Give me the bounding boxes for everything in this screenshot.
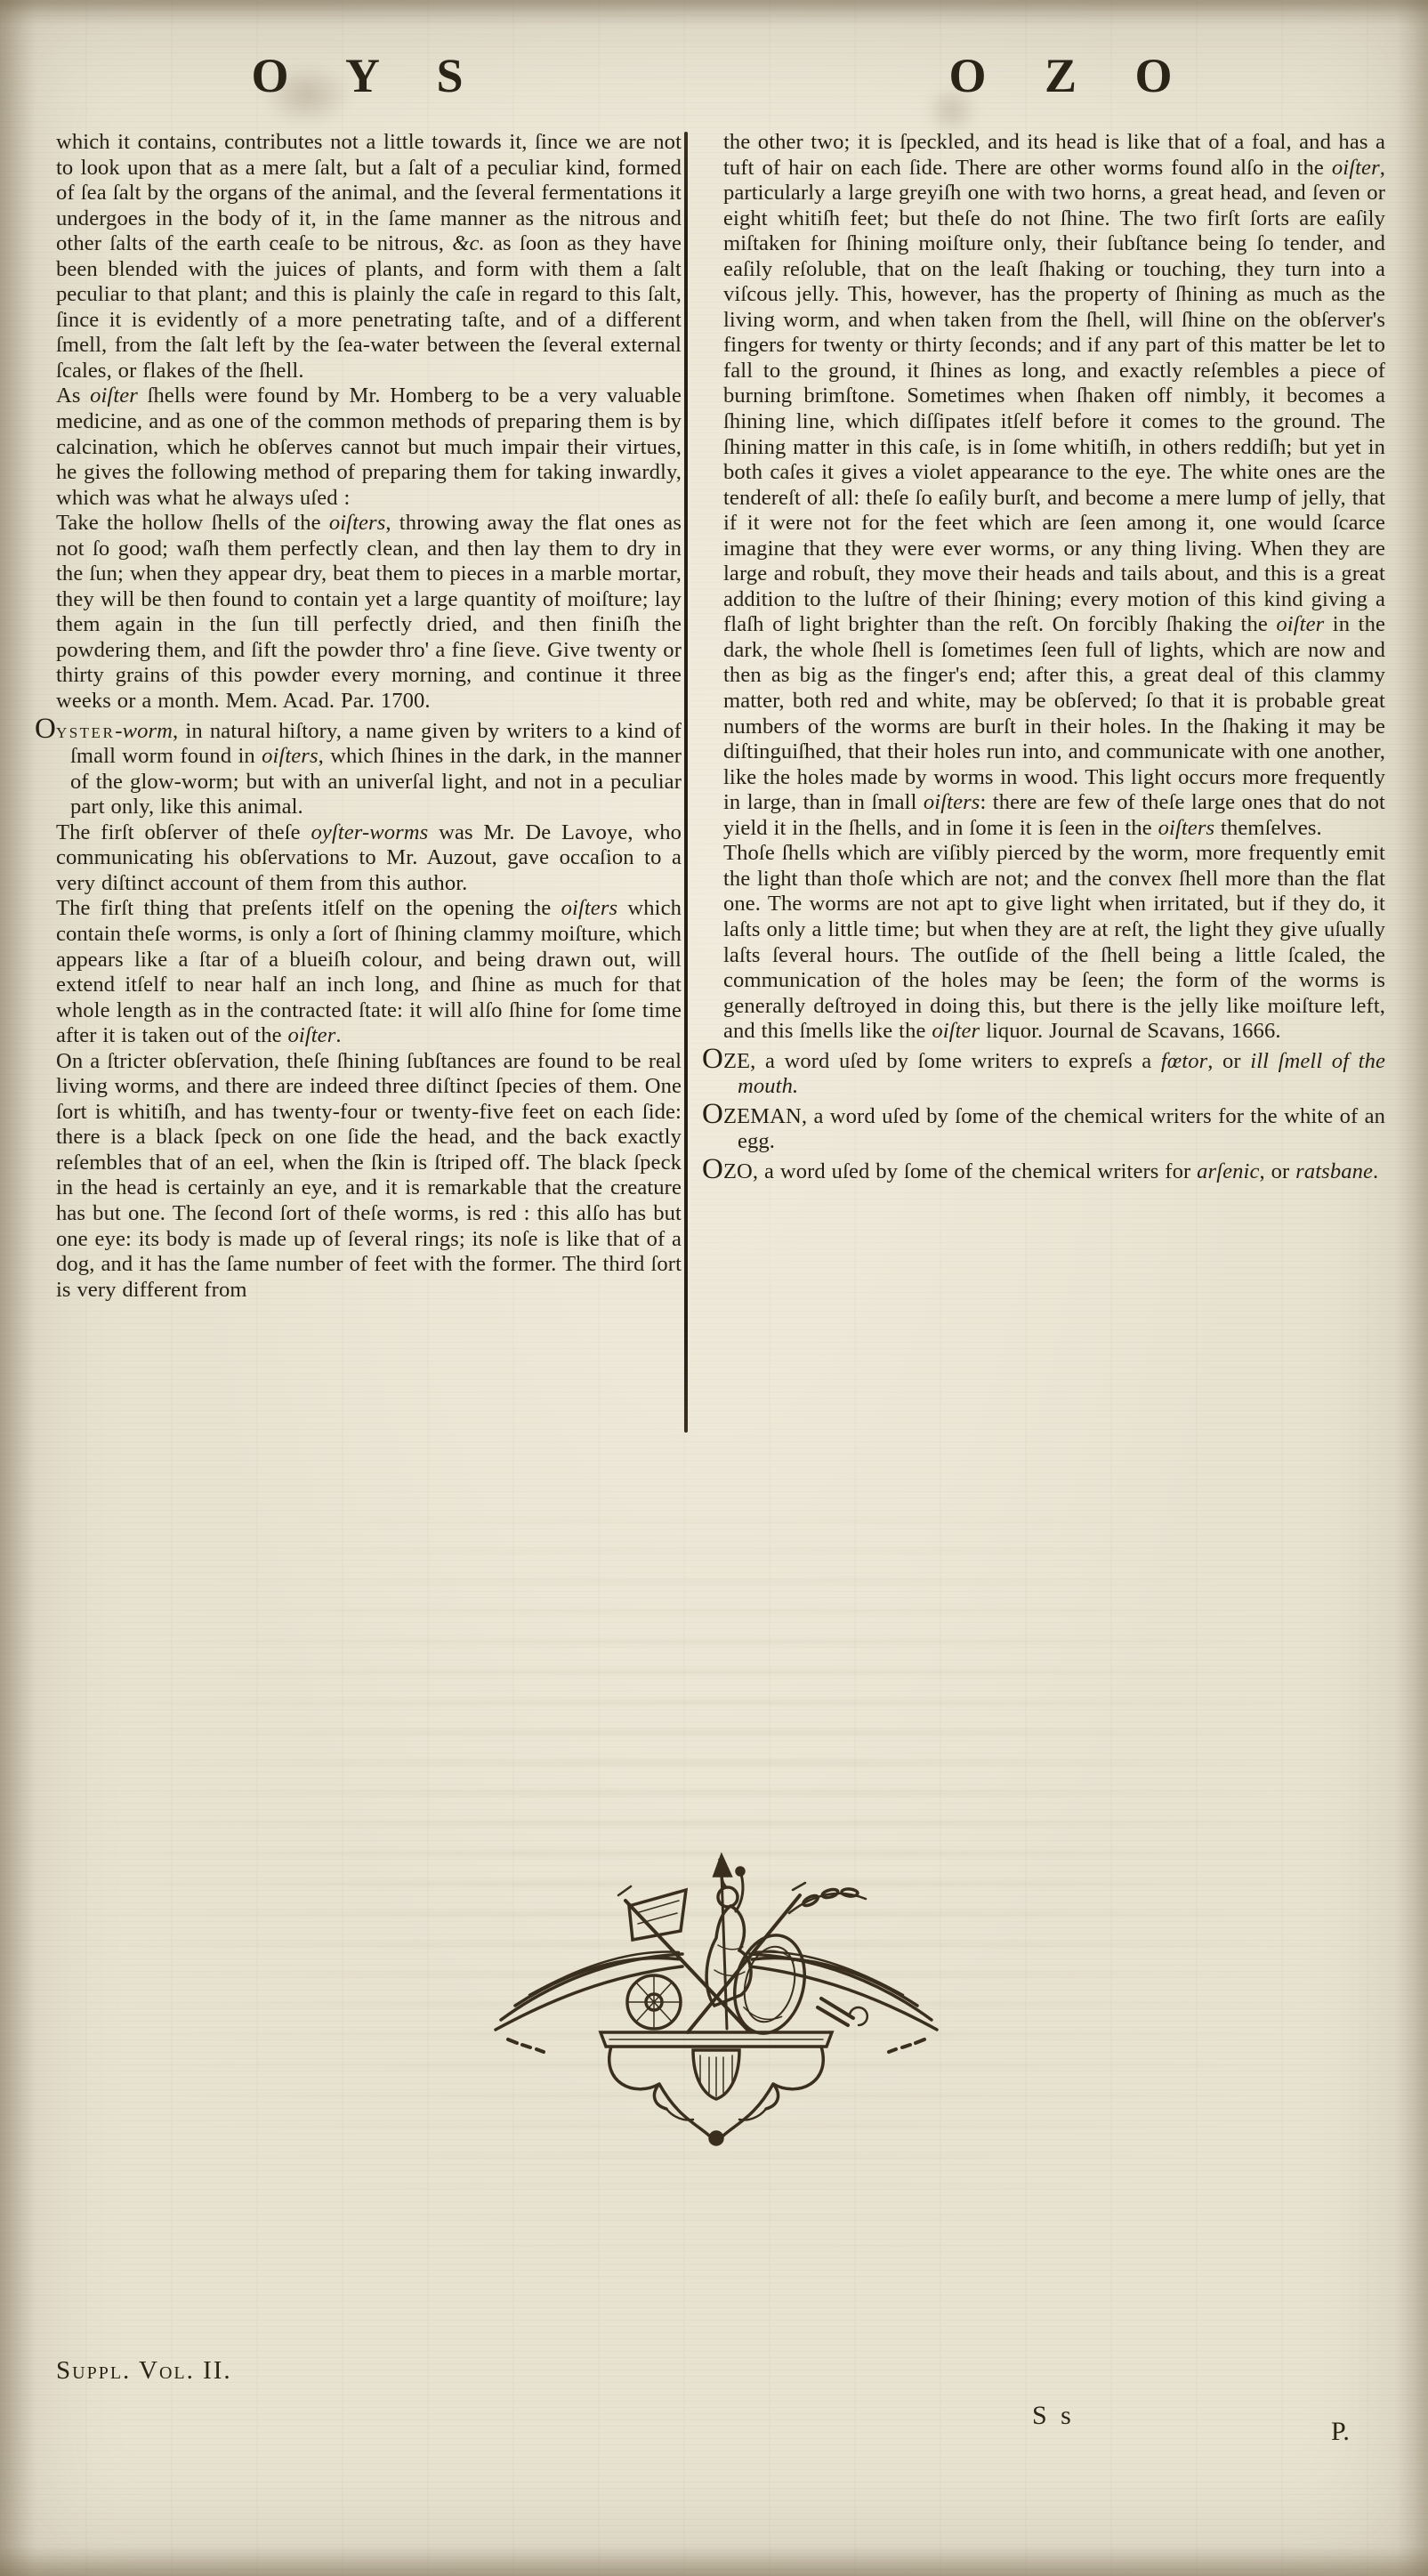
entry-paragraph: OZE, a word uſed by ſome writers to expr…: [723, 1045, 1385, 1100]
paragraph: On a ſtricter obſervation, theſe ſhining…: [56, 1049, 682, 1303]
paragraph: As oiſter ſhells were found by Mr. Hombe…: [56, 384, 682, 511]
paragraph: which it contains, contributes not a lit…: [56, 130, 682, 384]
text-column-right: the other two; it is ſpeckled, and its h…: [723, 130, 1385, 1184]
signature-mark: S s: [1032, 2401, 1075, 2431]
entry-paragraph: OZEMAN, a word uſed by ſome of the chemi…: [723, 1100, 1385, 1155]
engraved-trophy-tailpiece-icon: [476, 1849, 956, 2152]
catchword: P.: [1331, 2417, 1350, 2447]
text-column-left: which it contains, contributes not a lit…: [56, 130, 682, 1303]
paragraph: The firſt obſerver of theſe oyſter-worms…: [56, 820, 682, 897]
paragraph: Thoſe ſhells which are viſibly pierced b…: [723, 841, 1385, 1044]
entry-paragraph: OZO, a word uſed by ſome of the chemical…: [723, 1155, 1385, 1185]
running-head-right: O Z O: [723, 48, 1403, 103]
entry-paragraph: Oyster-worm, in natural hiſtory, a name …: [56, 715, 682, 820]
paragraph: The firſt thing that preſents itſelf on …: [56, 896, 682, 1048]
paragraph: Take the hollow ſhells of the oiſters, t…: [56, 511, 682, 714]
paragraph: the other two; it is ſpeckled, and its h…: [723, 130, 1385, 841]
column-divider-rule: [684, 132, 688, 1433]
running-head-left: O Y S: [56, 48, 682, 103]
volume-label: Suppl. Vol. II.: [56, 2356, 232, 2386]
